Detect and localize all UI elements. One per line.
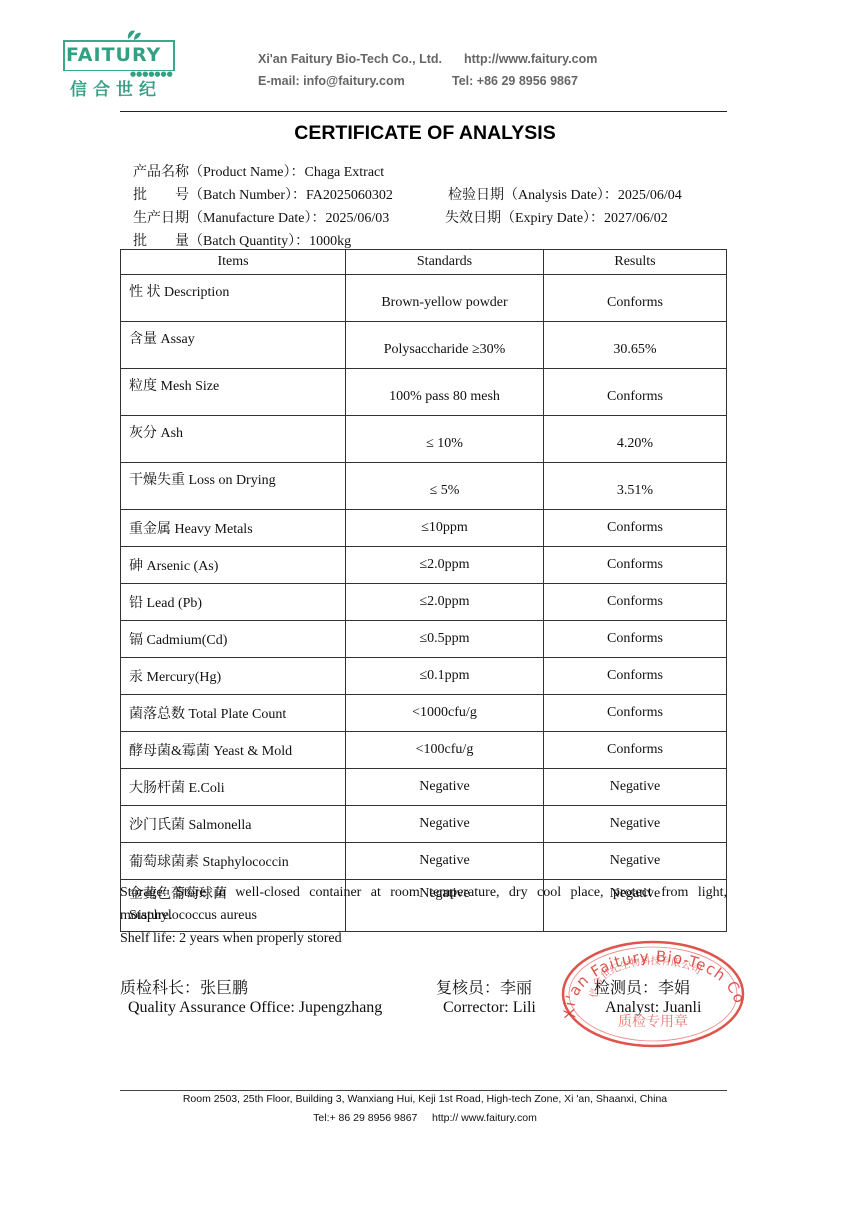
standard-cell: ≤0.1ppm [346, 658, 544, 695]
table-row: 性 状 Description Brown-yellow powder Conf… [121, 275, 727, 322]
batch-quantity: 批 量（Batch Quantity）：1000kg [133, 230, 351, 250]
table-row: 灰分 Ash ≤ 10% 4.20% [121, 416, 727, 463]
result-cell: Negative [544, 769, 727, 806]
company-phone: Tel: +86 29 8956 9867 [452, 74, 578, 88]
table-row: 铅 Lead (Pb) ≤2.0ppm Conforms [121, 584, 727, 621]
company-email[interactable]: E-mail: info@faitury.com [258, 74, 405, 88]
table-row: 沙门氏菌 Salmonella Negative Negative [121, 806, 727, 843]
company-name: Xi'an Faitury Bio-Tech Co., Ltd. [258, 52, 442, 66]
standard-cell: ≤2.0ppm [346, 584, 544, 621]
table-row: 重金属 Heavy Metals ≤10ppm Conforms [121, 510, 727, 547]
item-cell: 铅 Lead (Pb) [121, 584, 346, 621]
standard-cell: ≤10ppm [346, 510, 544, 547]
item-cell: 性 状 Description [121, 275, 346, 322]
result-cell: Conforms [544, 369, 727, 416]
standard-cell: ≤ 5% [346, 463, 544, 510]
standard-cell: ≤2.0ppm [346, 547, 544, 584]
table-row: 含量 Assay Polysaccharide ≥30% 30.65% [121, 322, 727, 369]
storage-note-line2: moisture. [120, 908, 173, 924]
footer-address: Room 2503, 25th Floor, Building 3, Wanxi… [0, 1093, 850, 1105]
qa-signature-en: Quality Assurance Office: Jupengzhang [128, 999, 382, 1017]
analyst-signature-cn: 检测员：李娟 [594, 975, 690, 998]
analysis-date: 检验日期（Analysis Date）：2025/06/04 [448, 184, 682, 204]
storage-note-line1: Storage: Store in well-closed container … [120, 885, 727, 901]
standard-cell: ≤0.5ppm [346, 621, 544, 658]
qa-signature-cn: 质检科长：张巨鹏 [120, 975, 248, 998]
result-cell: Conforms [544, 621, 727, 658]
company-website[interactable]: http://www.faitury.com [464, 52, 597, 66]
result-cell: 4.20% [544, 416, 727, 463]
corrector-signature-cn: 复核员：李丽 [436, 975, 532, 998]
standard-cell: <100cfu/g [346, 732, 544, 769]
product-name: 产品名称（Product Name）：Chaga Extract [133, 161, 384, 181]
result-cell: Negative [544, 806, 727, 843]
item-cell: 沙门氏菌 Salmonella [121, 806, 346, 843]
standard-cell: 100% pass 80 mesh [346, 369, 544, 416]
analysis-table: Items Standards Results 性 状 Description … [120, 249, 727, 932]
item-cell: 灰分 Ash [121, 416, 346, 463]
company-logo: FAITURY ●●●●●●● 信合世纪 [60, 28, 195, 98]
item-cell: 酵母菌&霉菌 Yeast & Mold [121, 732, 346, 769]
logo-chinese-name: 信合世纪 [70, 75, 162, 100]
table-row: 菌落总数 Total Plate Count <1000cfu/g Confor… [121, 695, 727, 732]
expiry-date: 失效日期（Expiry Date）：2027/06/02 [445, 207, 668, 227]
standard-cell: <1000cfu/g [346, 695, 544, 732]
table-header-row: Items Standards Results [121, 250, 727, 275]
manufacture-date: 生产日期（Manufacture Date）：2025/06/03 [133, 207, 389, 227]
item-cell: 含量 Assay [121, 322, 346, 369]
header-items: Items [121, 250, 346, 275]
table-row: 大肠杆菌 E.Coli Negative Negative [121, 769, 727, 806]
result-cell: Conforms [544, 695, 727, 732]
document-title: CERTIFICATE OF ANALYSIS [0, 122, 850, 145]
result-cell: Conforms [544, 584, 727, 621]
standard-cell: Negative [346, 769, 544, 806]
item-cell: 粒度 Mesh Size [121, 369, 346, 416]
result-cell: Negative [544, 843, 727, 880]
table-row: 葡萄球菌素 Staphylococcin Negative Negative [121, 843, 727, 880]
item-cell: 菌落总数 Total Plate Count [121, 695, 346, 732]
corrector-signature-en: Corrector: Lili [443, 999, 536, 1017]
item-cell: 汞 Mercury(Hg) [121, 658, 346, 695]
batch-number: 批 号（Batch Number）：FA2025060302 [133, 184, 393, 204]
table-row: 酵母菌&霉菌 Yeast & Mold <100cfu/g Conforms [121, 732, 727, 769]
footer-divider [120, 1090, 727, 1091]
standard-cell: ≤ 10% [346, 416, 544, 463]
item-cell: 重金属 Heavy Metals [121, 510, 346, 547]
header-divider [120, 111, 727, 112]
logo-wordmark: FAITURY [66, 44, 161, 66]
result-cell: Conforms [544, 275, 727, 322]
standard-cell: Negative [346, 806, 544, 843]
result-cell: 3.51% [544, 463, 727, 510]
table-row: 镉 Cadmium(Cd) ≤0.5ppm Conforms [121, 621, 727, 658]
result-cell: 30.65% [544, 322, 727, 369]
table-row: 粒度 Mesh Size 100% pass 80 mesh Conforms [121, 369, 727, 416]
item-cell: 葡萄球菌素 Staphylococcin [121, 843, 346, 880]
table-row: 干燥失重 Loss on Drying ≤ 5% 3.51% [121, 463, 727, 510]
analyst-signature-en: Analyst: Juanli [605, 999, 701, 1017]
result-cell: Conforms [544, 732, 727, 769]
result-cell: Conforms [544, 547, 727, 584]
standard-cell: Negative [346, 843, 544, 880]
result-cell: Conforms [544, 658, 727, 695]
header-results: Results [544, 250, 727, 275]
footer-contact: Tel:+ 86 29 8956 9867 http:// www.faitur… [0, 1112, 850, 1124]
result-cell: Conforms [544, 510, 727, 547]
item-cell: 干燥失重 Loss on Drying [121, 463, 346, 510]
item-cell: 砷 Arsenic (As) [121, 547, 346, 584]
header-standards: Standards [346, 250, 544, 275]
item-cell: 镉 Cadmium(Cd) [121, 621, 346, 658]
standard-cell: Polysaccharide ≥30% [346, 322, 544, 369]
shelf-life-note: Shelf life: 2 years when properly stored [120, 931, 342, 947]
standard-cell: Brown-yellow powder [346, 275, 544, 322]
item-cell: 大肠杆菌 E.Coli [121, 769, 346, 806]
table-row: 汞 Mercury(Hg) ≤0.1ppm Conforms [121, 658, 727, 695]
table-row: 砷 Arsenic (As) ≤2.0ppm Conforms [121, 547, 727, 584]
